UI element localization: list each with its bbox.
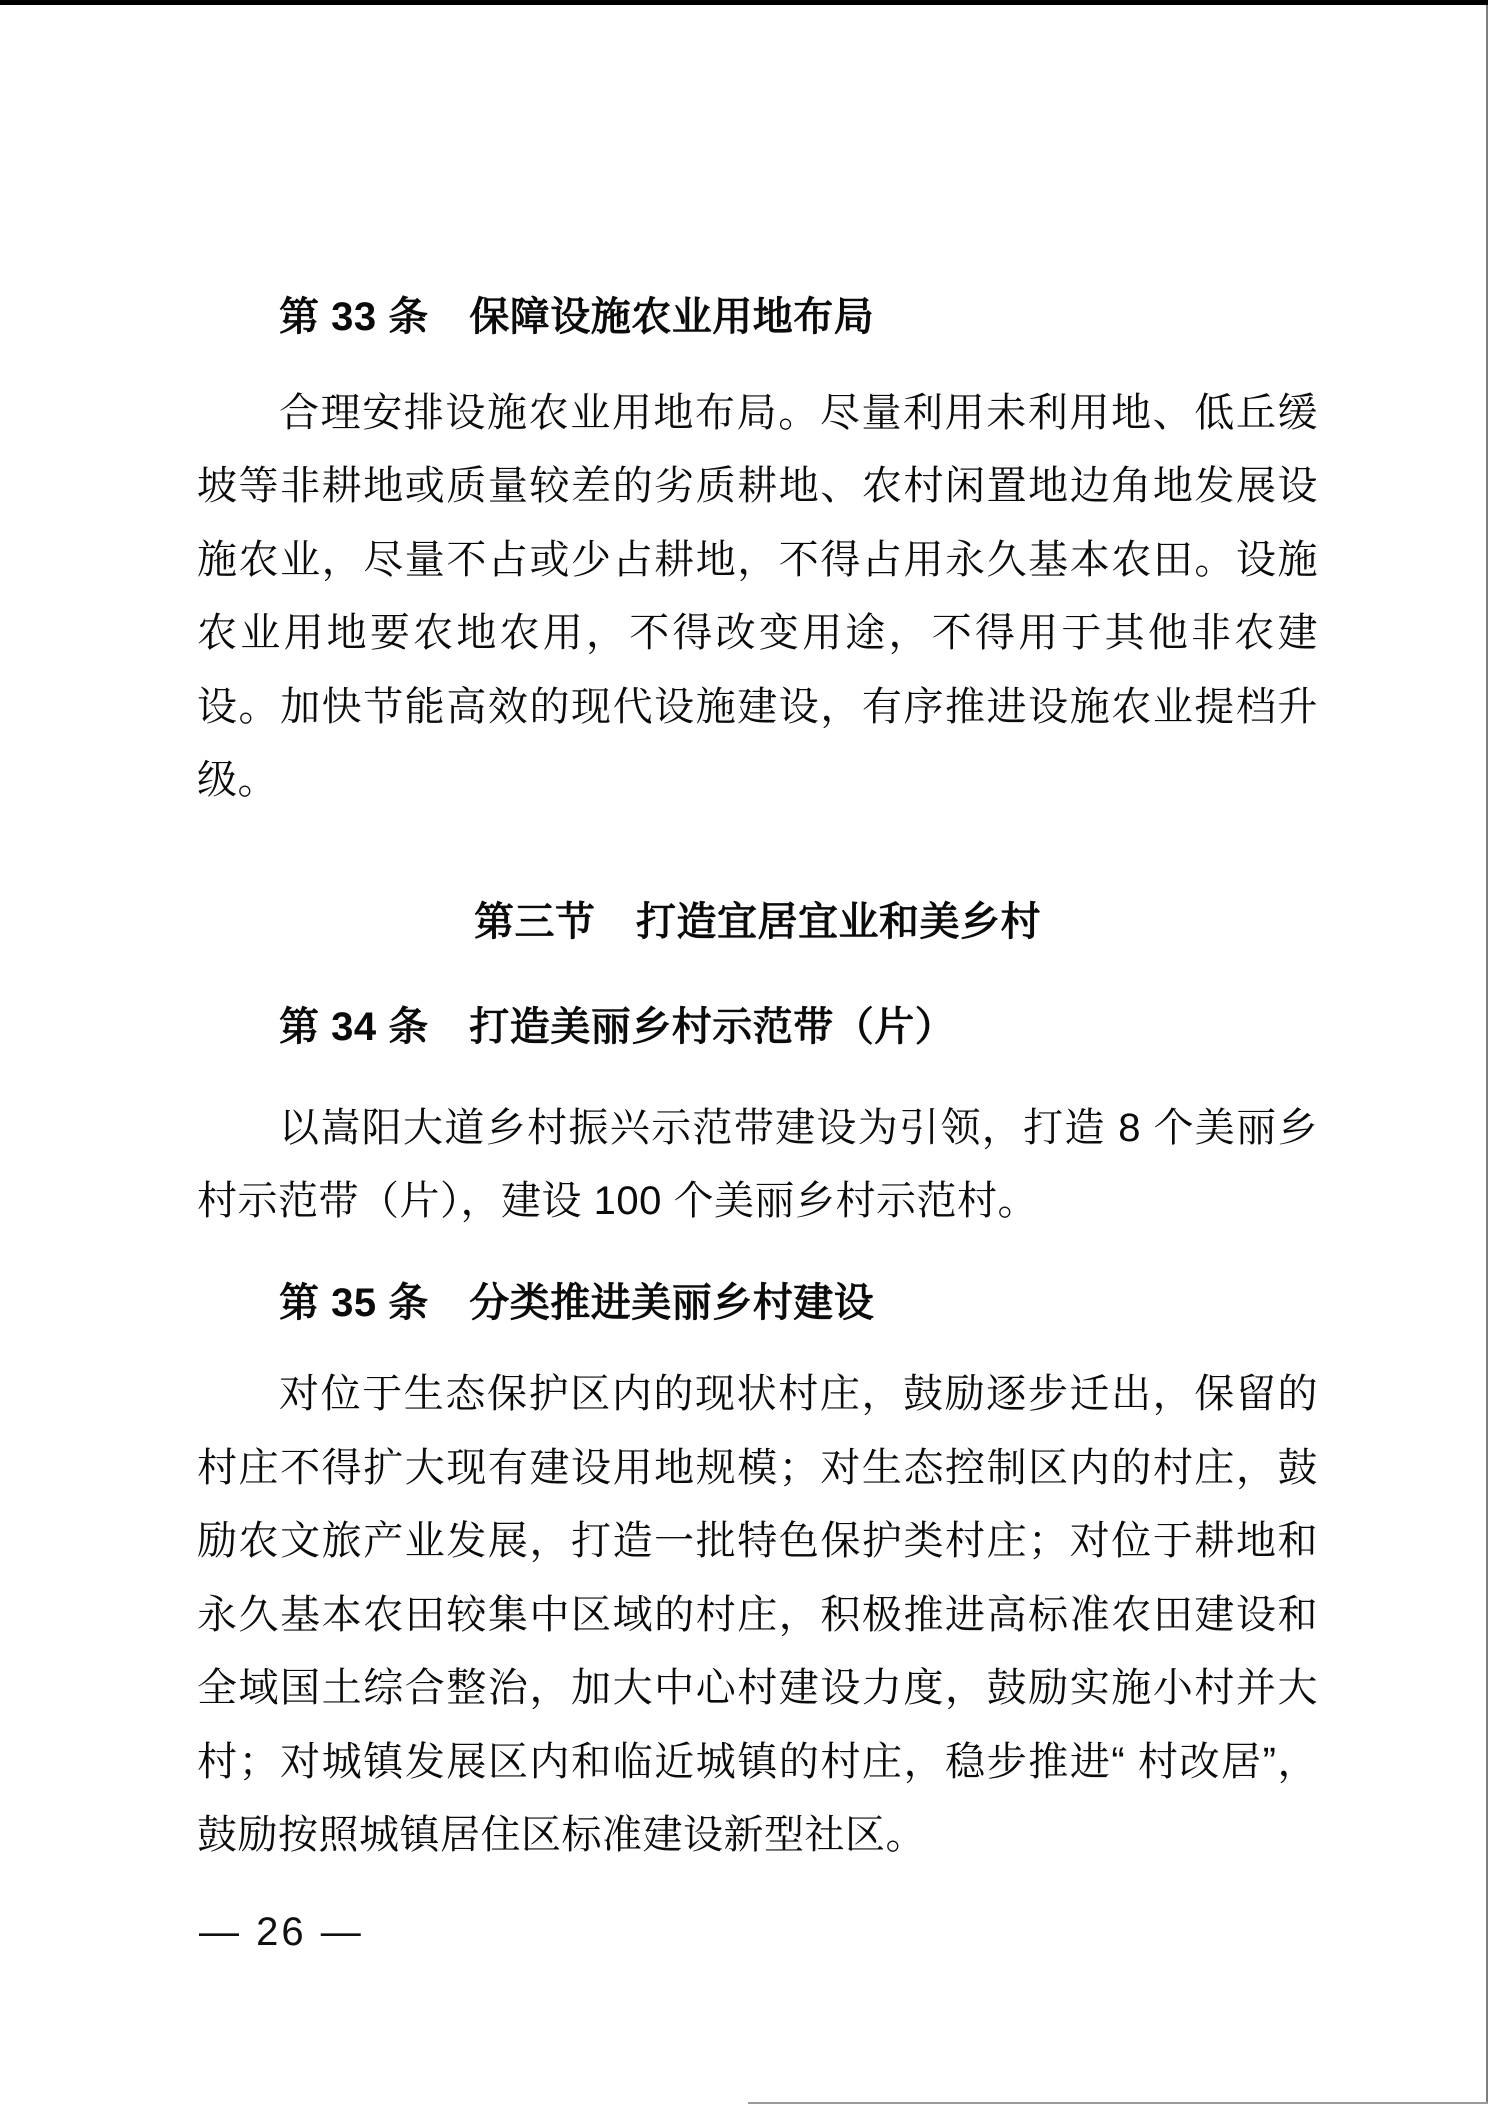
article-33-heading: 第 33 条 保障设施农业用地布局	[197, 281, 1318, 355]
article-35-heading: 第 35 条 分类推进美丽乡村建设	[197, 1267, 1318, 1341]
article-34-body: 以嵩阳大道乡村振兴示范带建设为引领，打造 8 个美丽乡村示范带（片），建设 10…	[197, 1092, 1318, 1239]
page-number: — 26 —	[199, 1910, 364, 1954]
document-page: 第 33 条 保障设施农业用地布局 合理安排设施农业用地布局。尽量利用未利用地、…	[0, 0, 1488, 2104]
section-3-heading: 第三节 打造宜居宜业和美乡村	[197, 886, 1318, 960]
page-content: 第 33 条 保障设施农业用地布局 合理安排设施农业用地布局。尽量利用未利用地、…	[197, 281, 1318, 1873]
article-35-body: 对位于生态保护区内的现状村庄，鼓励逐步迁出，保留的村庄不得扩大现有建设用地规模；…	[197, 1358, 1318, 1873]
article-34-heading: 第 34 条 打造美丽乡村示范带（片）	[197, 991, 1318, 1065]
page-footer: — 26 —	[199, 1908, 364, 1956]
article-33-body: 合理安排设施农业用地布局。尽量利用未利用地、低丘缓坡等非耕地或质量较差的劣质耕地…	[197, 377, 1318, 818]
